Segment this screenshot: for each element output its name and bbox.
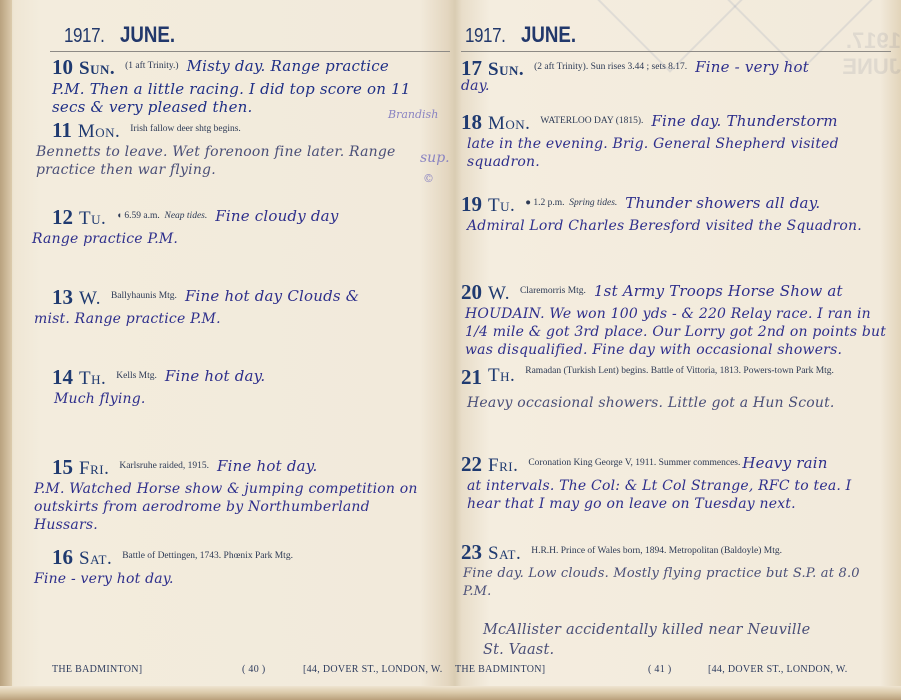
day-entry-10: 10 Sun. (1 aft Trinity.) Misty day. Rang…: [52, 55, 447, 116]
handwritten-entry: Range practice P.M.: [32, 230, 447, 248]
day-entry-16: 16 Sat. Battle of Dettingen, 1743. Phœni…: [52, 545, 452, 588]
almanac-note: Claremorris Mtg.: [520, 287, 586, 297]
day-name: Mon.: [488, 113, 530, 135]
day-number: 21: [461, 365, 482, 390]
day-entry-11: 11 Mon. Irish fallow deer shtg begins. B…: [52, 118, 432, 179]
handwritten-entry: Fine hot day Clouds &: [185, 287, 359, 305]
day-number: 12: [52, 205, 73, 230]
header-month: JUNE.: [120, 22, 175, 48]
day-number: 23: [461, 540, 482, 565]
publisher-footer: THE BADMINTON]: [455, 664, 545, 675]
day-name: Sun.: [488, 59, 524, 81]
almanac-note: H.R.H. Prince of Wales born, 1894. Metro…: [531, 547, 782, 557]
header-rule: [461, 51, 891, 52]
page-header: 1917. JUNE.: [64, 22, 184, 48]
day-entry-23: 23 Sat. H.R.H. Prince of Wales born, 189…: [461, 540, 896, 601]
header-year: 1917.: [465, 25, 505, 48]
day-name: W.: [488, 283, 510, 305]
day-entry-20: 20 W. Claremorris Mtg. 1st Army Troops H…: [461, 280, 896, 359]
handwritten-entry: Heavy rain: [742, 454, 827, 472]
handwritten-entry: Misty day. Range practice: [187, 57, 389, 75]
almanac-note: ● 1.2 p.m. Spring tides.: [525, 199, 617, 209]
almanac-note: (2 aft Trinity). Sun rises 3.44 ; sets 8…: [534, 63, 687, 73]
header-rule: [50, 51, 450, 52]
day-name: Th.: [488, 365, 515, 387]
handwritten-entry: P.M. Watched Horse show & jumping compet…: [34, 480, 429, 534]
day-name: Tu.: [79, 208, 106, 230]
handwritten-entry: 1st Army Troops Horse Show at: [594, 282, 843, 300]
handwritten-entry: Admiral Lord Charles Beresford visited t…: [467, 217, 892, 235]
almanac-note: (1 aft Trinity.): [125, 62, 178, 72]
day-entry-18: 18 Mon. WATERLOO DAY (1815). Fine day. T…: [461, 110, 891, 171]
header-year: 1917.: [64, 25, 104, 48]
day-number: 13: [52, 285, 73, 310]
handwritten-entry: HOUDAIN. We won 100 yds - & 220 Relay ra…: [465, 305, 893, 359]
book-bottom-edge: [0, 686, 901, 700]
day-number: 16: [52, 545, 73, 570]
handwritten-entry: Fine hot day.: [165, 367, 265, 385]
almanac-note: Irish fallow deer shtg begins.: [130, 125, 241, 135]
day-name: W.: [79, 288, 101, 310]
margin-note: Brandish: [388, 108, 438, 121]
day-entry-15: 15 Fri. Karlsruhe raided, 1915. Fine hot…: [52, 455, 452, 534]
margin-note: ©: [423, 172, 434, 185]
day-name: Sun.: [79, 58, 115, 80]
day-number: 14: [52, 365, 73, 390]
almanac-note: Karlsruhe raided, 1915.: [119, 462, 209, 472]
margin-note: sup.: [420, 150, 450, 166]
handwritten-entry: day.: [461, 77, 891, 95]
day-entry-13: 13 W. Ballyhaunis Mtg. Fine hot day Clou…: [52, 285, 447, 328]
page-number: ( 40 ): [242, 664, 265, 675]
day-number: 18: [461, 110, 482, 135]
publisher-footer: THE BADMINTON]: [52, 664, 142, 675]
day-name: Th.: [79, 368, 106, 390]
right-page: 1917. JUNE. 17 Sun. (2 aft Trinity). Sun…: [455, 0, 901, 686]
day-number: 10: [52, 55, 73, 80]
handwritten-entry: Fine - very hot: [695, 58, 809, 76]
handwritten-entry: Fine day. Thunderstorm: [651, 112, 837, 130]
handwritten-entry: Heavy occasional showers. Little got a H…: [467, 394, 887, 412]
handwritten-entry: Fine hot day.: [217, 457, 317, 475]
handwritten-entry: at intervals. The Col: & Lt Col Strange,…: [467, 477, 887, 513]
day-entry-19: 19 Tu. ● 1.2 p.m. Spring tides. Thunder …: [461, 192, 891, 235]
day-entry-12: 12 Tu. ◖ 6.59 a.m. Neap tides. Fine clou…: [52, 205, 447, 248]
handwritten-entry: Bennetts to leave. Wet forenoon fine lat…: [36, 143, 406, 179]
day-entry-21: 21 Th. Ramadan (Turkish Lent) begins. Ba…: [461, 365, 896, 412]
handwritten-entry: mist. Range practice P.M.: [34, 310, 447, 328]
almanac-note: ◖ 6.59 a.m. Neap tides.: [116, 212, 207, 222]
handwritten-entry: Fine cloudy day: [215, 207, 338, 225]
handwritten-entry: Thunder showers all day.: [625, 194, 820, 212]
almanac-note: Coronation King George V, 1911. Summer c…: [528, 459, 740, 469]
day-name: Fri.: [79, 458, 109, 480]
almanac-note: Battle of Dettingen, 1743. Phœnix Park M…: [122, 552, 293, 562]
almanac-note: Ramadan (Turkish Lent) begins. Battle of…: [525, 367, 845, 377]
handwritten-entry: P.M. Then a little racing. I did top sco…: [52, 80, 442, 116]
day-number: 11: [52, 118, 72, 143]
handwritten-entry: Much flying.: [54, 390, 447, 408]
day-name: Sat.: [488, 543, 521, 565]
day-entry-22: 22 Fri. Coronation King George V, 1911. …: [461, 452, 896, 513]
left-page: 1917. JUNE. 10 Sun. (1 aft Trinity.) Mis…: [0, 0, 455, 686]
day-name: Mon.: [78, 121, 120, 143]
day-name: Sat.: [79, 548, 112, 570]
day-entry-14: 14 Th. Kells Mtg. Fine hot day. Much fly…: [52, 365, 447, 408]
header-month: JUNE.: [521, 22, 576, 48]
publisher-address: [44, DOVER ST., LONDON, W.: [303, 664, 443, 675]
day-number: 22: [461, 452, 482, 477]
day-name: Tu.: [488, 195, 515, 217]
almanac-note: WATERLOO DAY (1815).: [540, 117, 643, 127]
day-number: 19: [461, 192, 482, 217]
postscript-note: McAllister accidentally killed near Neuv…: [483, 620, 823, 660]
handwritten-entry: Fine - very hot day.: [34, 570, 452, 588]
day-entry-17: 17 Sun. (2 aft Trinity). Sun rises 3.44 …: [461, 56, 891, 95]
handwritten-entry: Fine day. Low clouds. Mostly flying prac…: [463, 565, 883, 601]
handwritten-entry: late in the evening. Brig. General Sheph…: [467, 135, 892, 171]
day-name: Fri.: [488, 455, 518, 477]
day-number: 20: [461, 280, 482, 305]
page-header: 1917. JUNE.: [465, 22, 585, 48]
almanac-note: Ballyhaunis Mtg.: [111, 292, 177, 302]
publisher-address: [44, DOVER ST., LONDON, W.: [708, 664, 848, 675]
almanac-note: Kells Mtg.: [116, 372, 157, 382]
day-number: 15: [52, 455, 73, 480]
page-number: ( 41 ): [648, 664, 671, 675]
